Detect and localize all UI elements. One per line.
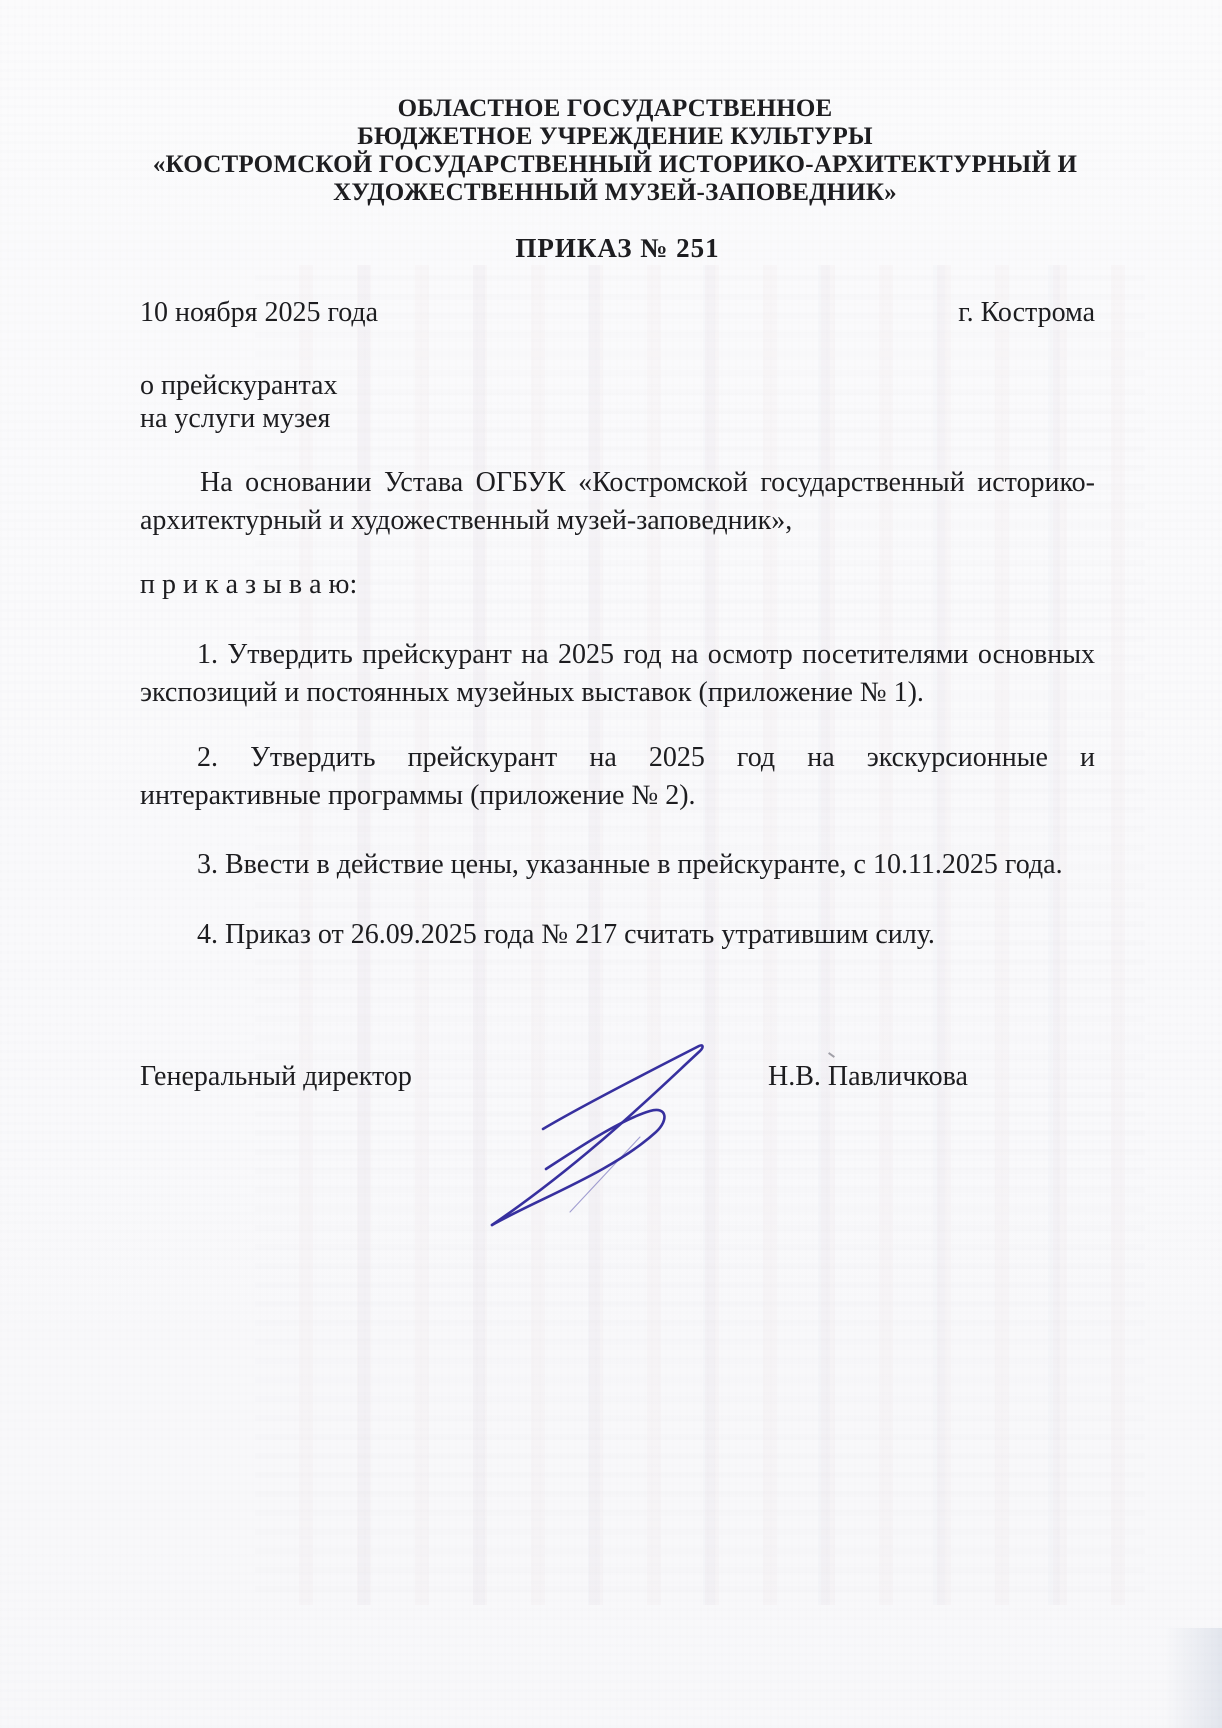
order-item-2-line-1: 2. Утвердить прейскурант на 2025 год на … — [140, 739, 1095, 777]
document-city: г. Кострома — [958, 294, 1095, 332]
org-header-line-3: «КОСТРОМСКОЙ ГОСУДАРСТВЕННЫЙ ИСТОРИКО-АР… — [70, 151, 1160, 179]
subject-block: о прейскурантах на услуги музея — [140, 369, 1095, 435]
handwritten-signature-ink — [470, 1038, 720, 1238]
order-item-2-line-2: интерактивные программы (приложение № 2)… — [140, 777, 1095, 815]
order-item-1-line-1: 1. Утвердить прейскурант на 2025 год на … — [140, 636, 1095, 674]
document-date: 10 ноября 2025 года — [140, 294, 378, 332]
order-item-3-line-1: 3. Ввести в действие цены, указанные в п… — [140, 846, 1095, 884]
scan-speck-artifact — [828, 1052, 835, 1058]
order-item-1-line-2: экспозиций и постоянных музейных выставо… — [140, 674, 1095, 712]
preamble-line-1: На основании Устава ОГБУК «Костромской г… — [140, 464, 1095, 502]
order-item-4-line-1: 4. Приказ от 26.09.2025 года № 217 счита… — [140, 916, 1095, 954]
dateline-row: 10 ноября 2025 года г. Кострома — [140, 294, 1095, 332]
org-header-line-4: ХУДОЖЕСТВЕННЫЙ МУЗЕЙ-ЗАПОВЕДНИК» — [70, 179, 1160, 207]
scanned-order-page: ОБЛАСТНОЕ ГОСУДАРСТВЕННОЕ БЮДЖЕТНОЕ УЧРЕ… — [0, 0, 1222, 1728]
org-header-line-1: ОБЛАСТНОЕ ГОСУДАРСТВЕННОЕ — [70, 95, 1160, 123]
org-header-line-2: БЮДЖЕТНОЕ УЧРЕЖДЕНИЕ КУЛЬТУРЫ — [70, 123, 1160, 151]
decree-word: п р и к а з ы в а ю: — [140, 566, 1095, 604]
document-title: ПРИКАЗ № 251 — [140, 233, 1095, 263]
scan-edge-artifact — [1164, 1628, 1222, 1728]
preamble-line-2: архитектурный и художественный музей-зап… — [140, 502, 1095, 540]
organization-header: ОБЛАСТНОЕ ГОСУДАРСТВЕННОЕ БЮДЖЕТНОЕ УЧРЕ… — [70, 95, 1160, 207]
signer-position: Генеральный директор — [140, 1061, 412, 1092]
subject-line-1: о прейскурантах — [140, 369, 1095, 402]
subject-line-2: на услуги музея — [140, 402, 1095, 435]
signer-name: Н.В. Павличкова — [768, 1058, 968, 1096]
